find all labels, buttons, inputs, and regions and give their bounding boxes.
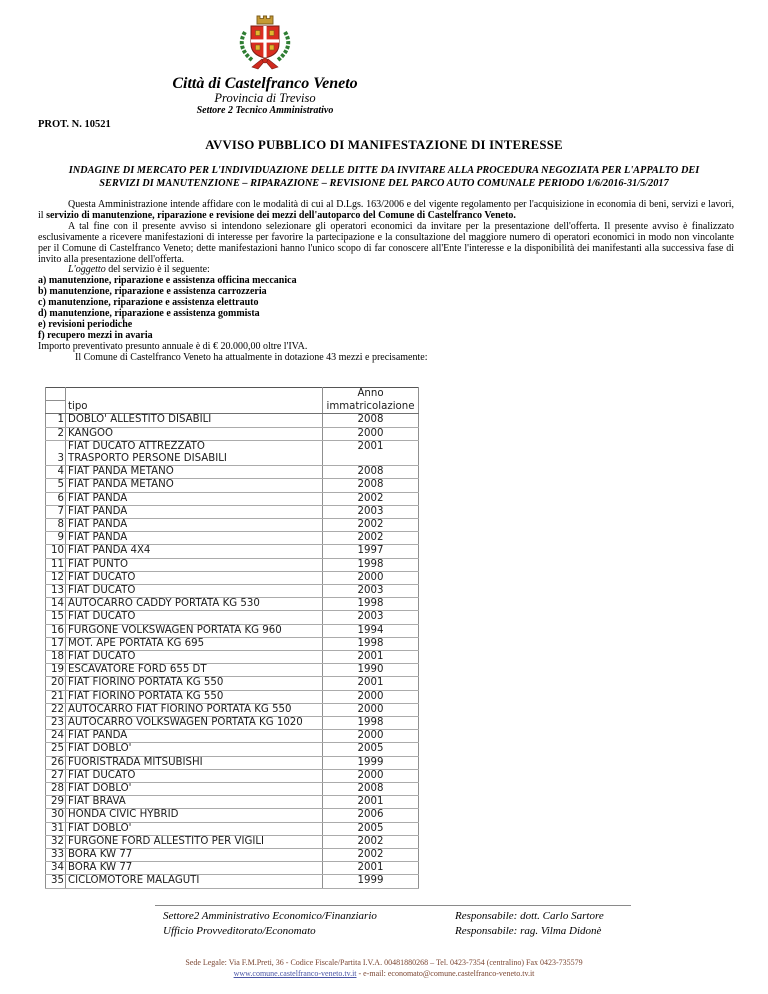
vehicle-tipo: FIAT PANDA [66, 492, 323, 505]
col-header-tipo: tipo [66, 401, 323, 414]
vehicle-tipo: MOT. APE PORTATA KG 695 [66, 637, 323, 650]
signature-responsable-1: Responsabile: dott. Carlo Sartore [455, 909, 604, 924]
vehicle-anno: 1997 [323, 545, 419, 558]
vehicle-tipo: CICLOMOTORE MALAGUTI [66, 875, 323, 888]
signature-responsables: Responsabile: dott. Carlo Sartore Respon… [455, 909, 604, 939]
city-coat-of-arms-icon [227, 12, 303, 74]
vehicle-anno: 2008 [323, 783, 419, 796]
vehicle-tipo: FIAT DUCATO [66, 571, 323, 584]
vehicle-tipo: AUTOCARRO VOLKSWAGEN PORTATA KG 1020 [66, 717, 323, 730]
signature-office-1: Settore2 Amministrativo Economico/Finanz… [163, 909, 377, 924]
col-header-anno: Anno [323, 388, 419, 401]
vehicle-row: 4FIAT PANDA METANO2008 [46, 466, 419, 479]
paragraph-oggetto-italic: L'oggetto [68, 264, 106, 275]
vehicle-num: 22 [46, 703, 66, 716]
service-item: d) manutenzione, riparazione e assistenz… [38, 309, 734, 320]
vehicle-anno: 2000 [323, 730, 419, 743]
vehicle-row: 12FIAT DUCATO2000 [46, 571, 419, 584]
vehicle-num: 17 [46, 637, 66, 650]
vehicle-tipo: FIAT PANDA [66, 519, 323, 532]
vehicle-tipo: FIAT DOBLO' [66, 743, 323, 756]
vehicle-row: 16FURGONE VOLKSWAGEN PORTATA KG 9601994 [46, 624, 419, 637]
vehicle-anno: 2006 [323, 809, 419, 822]
vehicle-tipo: FIAT PANDA [66, 730, 323, 743]
vehicle-row: 30HONDA CIVIC HYBRID2006 [46, 809, 419, 822]
service-list: a) manutenzione, riparazione e assistenz… [38, 276, 734, 341]
vehicle-anno: 2001 [323, 862, 419, 875]
vehicle-row: 5FIAT PANDA METANO2008 [46, 479, 419, 492]
vehicle-num: 35 [46, 875, 66, 888]
department-name: Settore 2 Tecnico Amministrativo [115, 105, 415, 117]
vehicle-row: 35CICLOMOTORE MALAGUTI1999 [46, 875, 419, 888]
vehicle-tipo: FIAT FIORINO PORTATA KG 550 [66, 677, 323, 690]
vehicle-anno: 2001 [323, 651, 419, 664]
vehicle-tipo: ESCAVATORE FORD 655 DT [66, 664, 323, 677]
document-page: Città di Castelfranco Veneto Provincia d… [0, 0, 768, 994]
vehicle-row: 27FIAT DUCATO2000 [46, 769, 419, 782]
vehicle-tipo: FIAT PANDA [66, 532, 323, 545]
vehicle-row: 1DOBLO' ALLESTITO DISABILI2008 [46, 414, 419, 427]
vehicle-anno: 2001 [323, 796, 419, 809]
vehicle-tipo: DOBLO' ALLESTITO DISABILI [66, 414, 323, 427]
paragraph-affidamento-bold: servizio di manutenzione, riparazione e … [46, 210, 516, 221]
vehicle-table-body: 1DOBLO' ALLESTITO DISABILI20082KANGOO200… [46, 414, 419, 888]
vehicle-num: 12 [46, 571, 66, 584]
vehicle-tipo: FIAT DUCATO [66, 611, 323, 624]
city-name: Città di Castelfranco Veneto [115, 75, 415, 92]
vehicle-anno: 1998 [323, 717, 419, 730]
vehicle-anno: 2008 [323, 414, 419, 427]
vehicle-anno: 2002 [323, 849, 419, 862]
vehicle-tipo: FIAT DUCATO ATTREZZATO TRASPORTO PERSONE… [66, 440, 323, 465]
vehicle-num: 10 [46, 545, 66, 558]
vehicle-num: 34 [46, 862, 66, 875]
footer-contacts: www.comune.castelfranco-veneto.tv.it - e… [0, 969, 768, 980]
vehicle-tipo: KANGOO [66, 427, 323, 440]
header-row-bottom: tipo immatricolazione [46, 401, 419, 414]
vehicle-num: 8 [46, 519, 66, 532]
vehicle-anno: 2000 [323, 769, 419, 782]
vehicle-num: 13 [46, 585, 66, 598]
vehicle-num: 27 [46, 769, 66, 782]
vehicle-num: 23 [46, 717, 66, 730]
vehicle-row: 19ESCAVATORE FORD 655 DT1990 [46, 664, 419, 677]
signature-offices: Settore2 Amministrativo Economico/Finanz… [163, 909, 377, 939]
header-cell-spacer [66, 388, 323, 401]
vehicle-num: 31 [46, 822, 66, 835]
vehicle-num: 5 [46, 479, 66, 492]
vehicle-num: 16 [46, 624, 66, 637]
vehicle-row: 18FIAT DUCATO2001 [46, 651, 419, 664]
vehicle-tipo: HONDA CIVIC HYBRID [66, 809, 323, 822]
vehicle-row: 23AUTOCARRO VOLKSWAGEN PORTATA KG 102019… [46, 717, 419, 730]
vehicle-tipo: FIAT PANDA 4X4 [66, 545, 323, 558]
vehicle-row: 32FURGONE FORD ALLESTITO PER VIGILI2002 [46, 835, 419, 848]
vehicle-num: 30 [46, 809, 66, 822]
vehicle-anno: 2008 [323, 479, 419, 492]
col-header-immatricolazione: immatricolazione [323, 401, 419, 414]
vehicle-num: 18 [46, 651, 66, 664]
vehicle-row: 8FIAT PANDA2002 [46, 519, 419, 532]
signature-divider [155, 905, 631, 906]
vehicle-num: 28 [46, 783, 66, 796]
vehicle-row: 28FIAT DOBLO'2008 [46, 783, 419, 796]
header-cell-empty2 [46, 401, 66, 414]
vehicle-row: 29FIAT BRAVA2001 [46, 796, 419, 809]
vehicle-tipo: FIAT DOBLO' [66, 783, 323, 796]
vehicle-num: 19 [46, 664, 66, 677]
vehicle-num: 24 [46, 730, 66, 743]
vehicle-anno: 2002 [323, 492, 419, 505]
vehicle-anno: 1994 [323, 624, 419, 637]
footer-website-link[interactable]: www.comune.castelfranco-veneto.tv.it [234, 969, 357, 978]
vehicle-num: 2 [46, 427, 66, 440]
vehicle-num: 4 [46, 466, 66, 479]
vehicle-num: 29 [46, 796, 66, 809]
vehicle-anno: 1999 [323, 756, 419, 769]
vehicle-anno: 2002 [323, 519, 419, 532]
vehicle-tipo: FURGONE VOLKSWAGEN PORTATA KG 960 [66, 624, 323, 637]
vehicle-num: 15 [46, 611, 66, 624]
vehicle-tipo: FIAT FIORINO PORTATA KG 550 [66, 690, 323, 703]
vehicle-tipo: FIAT PANDA METANO [66, 466, 323, 479]
vehicle-row: 26FUORISTRADA MITSUBISHI1999 [46, 756, 419, 769]
vehicle-num: 25 [46, 743, 66, 756]
vehicle-row: 10FIAT PANDA 4X41997 [46, 545, 419, 558]
vehicle-anno: 2001 [323, 440, 419, 465]
vehicle-tipo: FIAT DUCATO [66, 651, 323, 664]
vehicle-row: 3FIAT DUCATO ATTREZZATO TRASPORTO PERSON… [46, 440, 419, 465]
vehicle-tipo: FIAT DUCATO [66, 769, 323, 782]
fleet-intro: Il Comune di Castelfranco Veneto ha attu… [38, 353, 734, 364]
vehicle-tipo: FIAT DOBLO' [66, 822, 323, 835]
vehicle-num: 7 [46, 505, 66, 518]
vehicle-anno: 2003 [323, 505, 419, 518]
vehicle-num: 9 [46, 532, 66, 545]
document-body: Questa Amministrazione intende affidare … [38, 200, 734, 364]
vehicle-row: 7FIAT PANDA2003 [46, 505, 419, 518]
letterhead: Città di Castelfranco Veneto Provincia d… [115, 12, 415, 117]
vehicle-tipo: BORA KW 77 [66, 849, 323, 862]
vehicle-anno: 2005 [323, 743, 419, 756]
vehicle-row: 34BORA KW 772001 [46, 862, 419, 875]
vehicle-tipo: FUORISTRADA MITSUBISHI [66, 756, 323, 769]
vehicle-row: 11FIAT PUNTO1998 [46, 558, 419, 571]
vehicle-tipo: BORA KW 77 [66, 862, 323, 875]
vehicle-tipo: FIAT PUNTO [66, 558, 323, 571]
vehicle-tipo: FIAT BRAVA [66, 796, 323, 809]
vehicle-anno: 2001 [323, 677, 419, 690]
vehicle-num: 32 [46, 835, 66, 848]
page-footer: Sede Legale: Via F.M.Preti, 36 - Codice … [0, 958, 768, 979]
document-subtitle: INDAGINE DI MERCATO PER L'INDIVIDUAZIONE… [48, 164, 720, 190]
vehicle-row: 31FIAT DOBLO'2005 [46, 822, 419, 835]
vehicle-row: 2KANGOO2000 [46, 427, 419, 440]
vehicle-num: 11 [46, 558, 66, 571]
vehicle-num: 26 [46, 756, 66, 769]
province-name: Provincia di Treviso [115, 92, 415, 105]
vehicle-num: 33 [46, 849, 66, 862]
signature-office-2: Ufficio Provveditorato/Economato [163, 924, 377, 939]
vehicle-num: 20 [46, 677, 66, 690]
vehicle-anno: 1998 [323, 637, 419, 650]
vehicle-row: 33BORA KW 772002 [46, 849, 419, 862]
vehicle-row: 22AUTOCARRO FIAT FIORINO PORTATA KG 5502… [46, 703, 419, 716]
vehicle-anno: 1990 [323, 664, 419, 677]
vehicle-anno: 1998 [323, 558, 419, 571]
protocol-number: PROT. N. 10521 [38, 119, 111, 130]
header-row-top: Anno [46, 388, 419, 401]
vehicle-tipo: FURGONE FORD ALLESTITO PER VIGILI [66, 835, 323, 848]
vehicle-anno: 2008 [323, 466, 419, 479]
vehicle-anno: 2000 [323, 703, 419, 716]
vehicle-tipo: FIAT PANDA [66, 505, 323, 518]
vehicle-tipo: AUTOCARRO CADDY PORTATA KG 530 [66, 598, 323, 611]
vehicle-anno: 2002 [323, 532, 419, 545]
vehicle-row: 21FIAT FIORINO PORTATA KG 5502000 [46, 690, 419, 703]
vehicle-table: Anno tipo immatricolazione 1DOBLO' ALLES… [45, 387, 419, 889]
vehicle-tipo: FIAT DUCATO [66, 585, 323, 598]
vehicle-row: 25FIAT DOBLO'2005 [46, 743, 419, 756]
vehicle-row: 14AUTOCARRO CADDY PORTATA KG 5301998 [46, 598, 419, 611]
vehicle-anno: 1998 [323, 598, 419, 611]
vehicle-anno: 2000 [323, 571, 419, 584]
vehicle-row: 15FIAT DUCATO2003 [46, 611, 419, 624]
vehicle-table-header: Anno tipo immatricolazione [46, 388, 419, 414]
vehicle-anno: 2005 [323, 822, 419, 835]
vehicle-num: 6 [46, 492, 66, 505]
paragraph-selezione: A tal fine con il presente avviso si int… [38, 222, 734, 266]
vehicle-tipo: FIAT PANDA METANO [66, 479, 323, 492]
vehicle-anno: 1999 [323, 875, 419, 888]
vehicle-row: 6FIAT PANDA2002 [46, 492, 419, 505]
vehicle-anno: 2003 [323, 611, 419, 624]
vehicle-anno: 2000 [323, 690, 419, 703]
vehicle-row: 17MOT. APE PORTATA KG 6951998 [46, 637, 419, 650]
signature-responsable-2: Responsabile: rag. Vilma Didonè [455, 924, 604, 939]
vehicle-anno: 2002 [323, 835, 419, 848]
vehicle-num: 1 [46, 414, 66, 427]
vehicle-anno: 2003 [323, 585, 419, 598]
page-title: AVVISO PUBBLICO DI MANIFESTAZIONE DI INT… [0, 138, 768, 153]
vehicle-num: 14 [46, 598, 66, 611]
paragraph-oggetto-text: del servizio è il seguente: [106, 264, 210, 275]
vehicle-tipo: AUTOCARRO FIAT FIORINO PORTATA KG 550 [66, 703, 323, 716]
vehicle-row: 9FIAT PANDA2002 [46, 532, 419, 545]
vehicle-row: 13FIAT DUCATO2003 [46, 585, 419, 598]
header-cell-empty [46, 388, 66, 401]
vehicle-row: 24FIAT PANDA2000 [46, 730, 419, 743]
vehicle-anno: 2000 [323, 427, 419, 440]
footer-email: - e-mail: economato@comune.castelfranco-… [357, 969, 535, 978]
footer-address: Sede Legale: Via F.M.Preti, 36 - Codice … [0, 958, 768, 969]
vehicle-num: 21 [46, 690, 66, 703]
vehicle-row: 20FIAT FIORINO PORTATA KG 5502001 [46, 677, 419, 690]
paragraph-affidamento: Questa Amministrazione intende affidare … [38, 200, 734, 222]
vehicle-num: 3 [46, 440, 66, 465]
